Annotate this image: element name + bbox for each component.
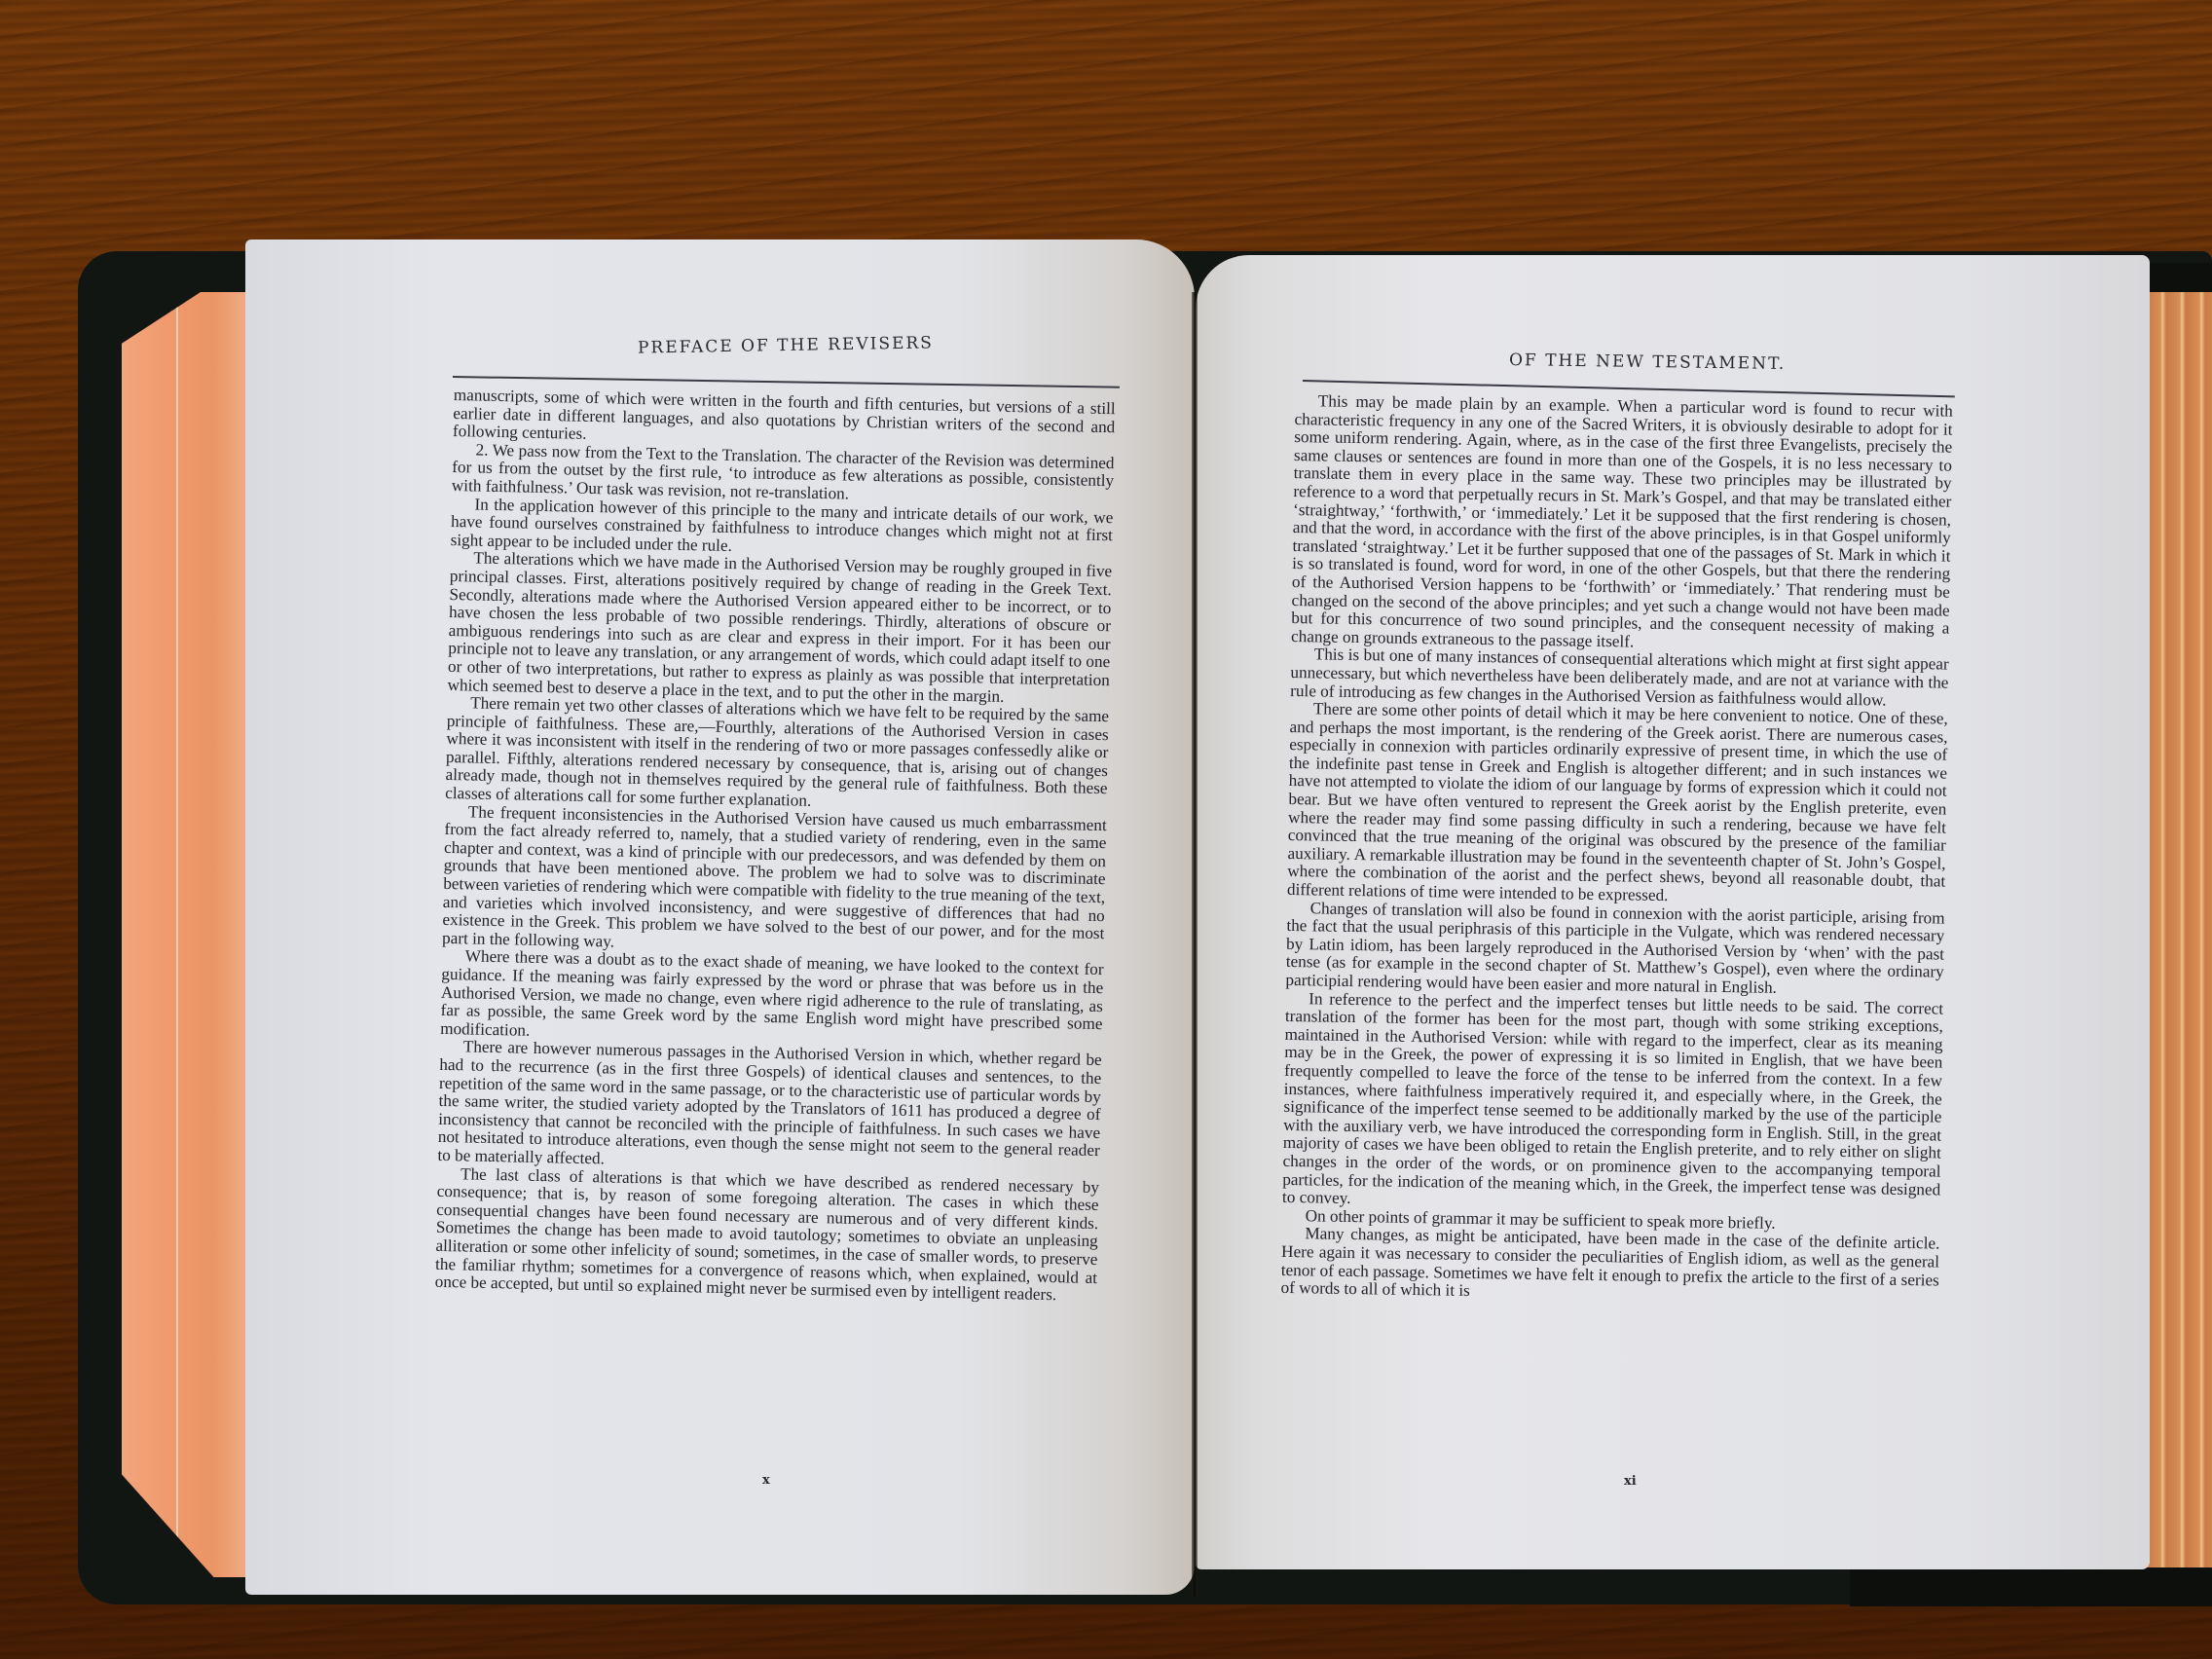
page-edges-left: [122, 292, 253, 1577]
paragraph: In reference to the perfect and the impe…: [1282, 990, 1943, 1218]
page-number-right: xi: [1624, 1474, 1637, 1489]
paragraph: This may be made plain by an example. Wh…: [1291, 392, 1953, 656]
right-page-text: This may be made plain by an example. Wh…: [1280, 392, 1953, 1308]
paragraph: There remain yet two other classes of al…: [445, 694, 1109, 817]
book-gutter: [1192, 292, 1198, 1597]
running-head-right: OF THE NEW TESTAMENT.: [1509, 350, 1787, 374]
paragraph: The frequent inconsistencies in the Auth…: [442, 803, 1107, 962]
page-number-left: x: [762, 1473, 770, 1488]
page-edges-right: [2147, 292, 2212, 1567]
paragraph: Many changes, as might be anticipated, h…: [1280, 1225, 1939, 1308]
paragraph: Changes of translation will also be foun…: [1285, 900, 1944, 1001]
paragraph: The alterations which we have made in th…: [447, 549, 1112, 708]
paragraph: Where there was a doubt as to the exact …: [440, 947, 1104, 1051]
left-page-text: manuscripts, some of which were written …: [435, 387, 1116, 1306]
paragraph: There are however numerous passages in t…: [437, 1038, 1102, 1178]
paragraph: There are some other points of detail wh…: [1287, 700, 1948, 909]
paragraph: The last class of alterations is that wh…: [435, 1164, 1100, 1305]
